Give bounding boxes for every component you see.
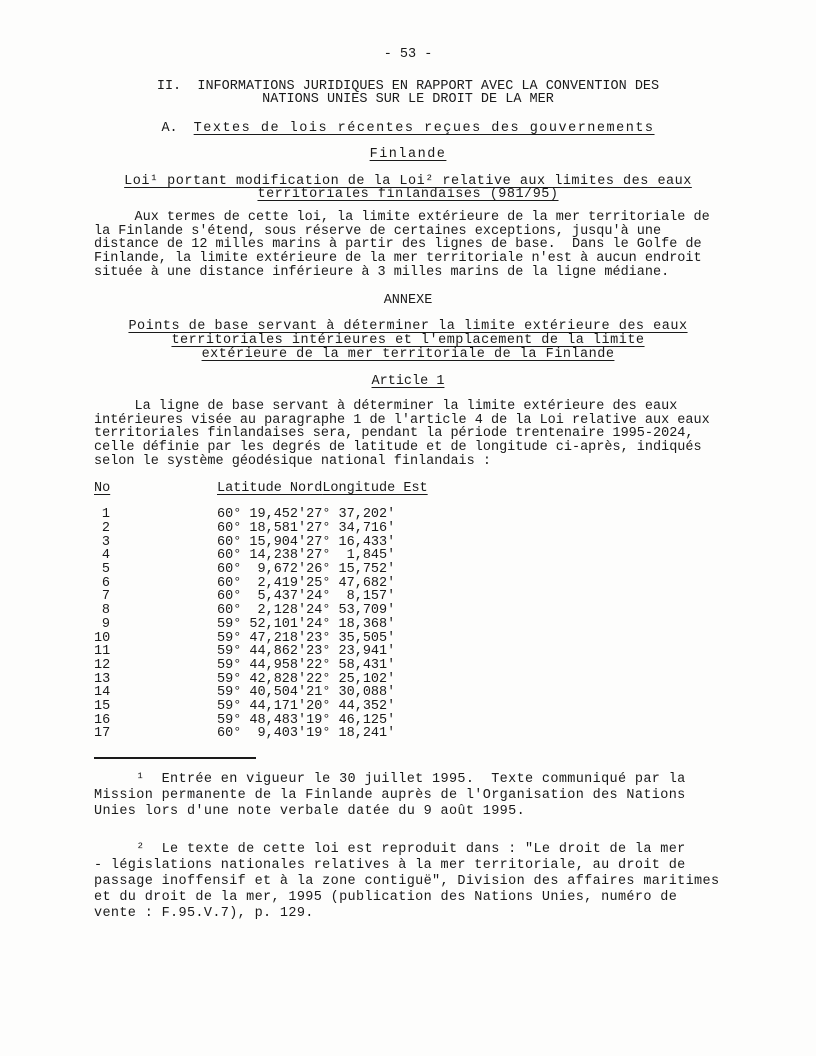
table-row: 1559° 44,171'20° 44,352': [94, 700, 816, 714]
point-latitude: 60° 9,672': [217, 563, 306, 577]
point-number: 7: [94, 590, 110, 604]
intro-paragraph: Aux termes de cette loi, la limite extér…: [94, 211, 816, 280]
column-header-no: No: [94, 482, 110, 496]
point-latitude: 60° 14,238': [217, 549, 306, 563]
point-number: 14: [94, 686, 110, 700]
section-heading: II. INFORMATIONS JURIDIQUES EN RAPPORT A…: [0, 80, 816, 107]
country-heading: Finlande: [0, 148, 816, 162]
point-number: 4: [94, 549, 110, 563]
column-header-latitude: Latitude Nord: [217, 481, 322, 496]
annexe-label: ANNEXE: [0, 294, 816, 308]
point-latitude: 60° 5,437': [217, 590, 306, 604]
point-number: 1: [94, 508, 110, 522]
table-row: 660° 2,419'25° 47,682': [94, 577, 816, 591]
table-header: NoLatitude NordLongitude Est: [94, 482, 816, 496]
point-latitude: 59° 47,218': [217, 632, 306, 646]
footnote-1: ¹ Entrée en vigueur le 30 juillet 1995. …: [94, 772, 816, 820]
point-number: 6: [94, 577, 110, 591]
point-latitude: 59° 44,171': [217, 700, 306, 714]
document-page: - 53 - II. INFORMATIONS JURIDIQUES EN RA…: [0, 0, 816, 1056]
table-row: 1359° 42,828'22° 25,102': [94, 673, 816, 687]
article-heading: Article 1: [0, 375, 816, 389]
table-row: 460° 14,238'27° 1,845': [94, 549, 816, 563]
point-number: 11: [94, 645, 110, 659]
footnote-2: ² Le texte de cette loi est reproduit da…: [94, 842, 816, 922]
point-latitude: 59° 44,862': [217, 645, 306, 659]
point-latitude: 60° 9,403': [217, 727, 306, 741]
table-row: 1459° 40,504'21° 30,088': [94, 686, 816, 700]
table-row: 560° 9,672'26° 15,752': [94, 563, 816, 577]
table-row: 1659° 48,483'19° 46,125': [94, 714, 816, 728]
subsection-label: A.: [161, 121, 177, 136]
point-number: 3: [94, 536, 110, 550]
point-number: 15: [94, 700, 110, 714]
point-number: 8: [94, 604, 110, 618]
point-latitude: 59° 48,483': [217, 714, 306, 728]
point-latitude: 60° 2,419': [217, 577, 306, 591]
footnote-separator: [94, 757, 256, 759]
point-number: 13: [94, 673, 110, 687]
point-latitude: 60° 15,904': [217, 536, 306, 550]
point-longitude: 19° 18,241': [306, 726, 395, 741]
point-number: 16: [94, 714, 110, 728]
point-latitude: 59° 44,958': [217, 659, 306, 673]
point-number: 2: [94, 522, 110, 536]
subsection-heading: A.Textes de lois récentes reçues des gou…: [0, 122, 816, 136]
point-latitude: 60° 18,581': [217, 522, 306, 536]
annex-title: Points de base servant à déterminer la l…: [0, 320, 816, 361]
point-number: 9: [94, 618, 110, 632]
table-row: 1059° 47,218'23° 35,505': [94, 632, 816, 646]
article-paragraph: La ligne de base servant à déterminer la…: [94, 400, 816, 469]
point-number: 5: [94, 563, 110, 577]
point-latitude: 60° 2,128': [217, 604, 306, 618]
table-row: 160° 19,452'27° 37,202': [94, 508, 816, 522]
point-latitude: 59° 40,504': [217, 686, 306, 700]
table-row: 360° 15,904'27° 16,433': [94, 536, 816, 550]
table-row: 1259° 44,958'22° 58,431': [94, 659, 816, 673]
point-number: 12: [94, 659, 110, 673]
table-row: 959° 52,101'24° 18,368': [94, 618, 816, 632]
table-row: 860° 2,128'24° 53,709': [94, 604, 816, 618]
subsection-title: Textes de lois récentes reçues des gouve…: [194, 121, 655, 136]
point-latitude: 60° 19,452': [217, 508, 306, 522]
point-latitude: 59° 52,101': [217, 618, 306, 632]
page-number: - 53 -: [0, 0, 816, 62]
table-row: 260° 18,581'27° 34,716': [94, 522, 816, 536]
column-header-longitude: Longitude Est: [322, 481, 427, 496]
law-title: Loi¹ portant modification de la Loi² rel…: [0, 175, 816, 202]
coordinates-table-rows: 160° 19,452'27° 37,202'260° 18,581'27° 3…: [0, 508, 816, 741]
point-number: 10: [94, 632, 110, 646]
table-row: 760° 5,437'24° 8,157': [94, 590, 816, 604]
point-latitude: 59° 42,828': [217, 673, 306, 687]
point-number: 17: [94, 727, 110, 741]
table-row: 1159° 44,862'23° 23,941': [94, 645, 816, 659]
table-row: 1760° 9,403'19° 18,241': [94, 727, 816, 741]
